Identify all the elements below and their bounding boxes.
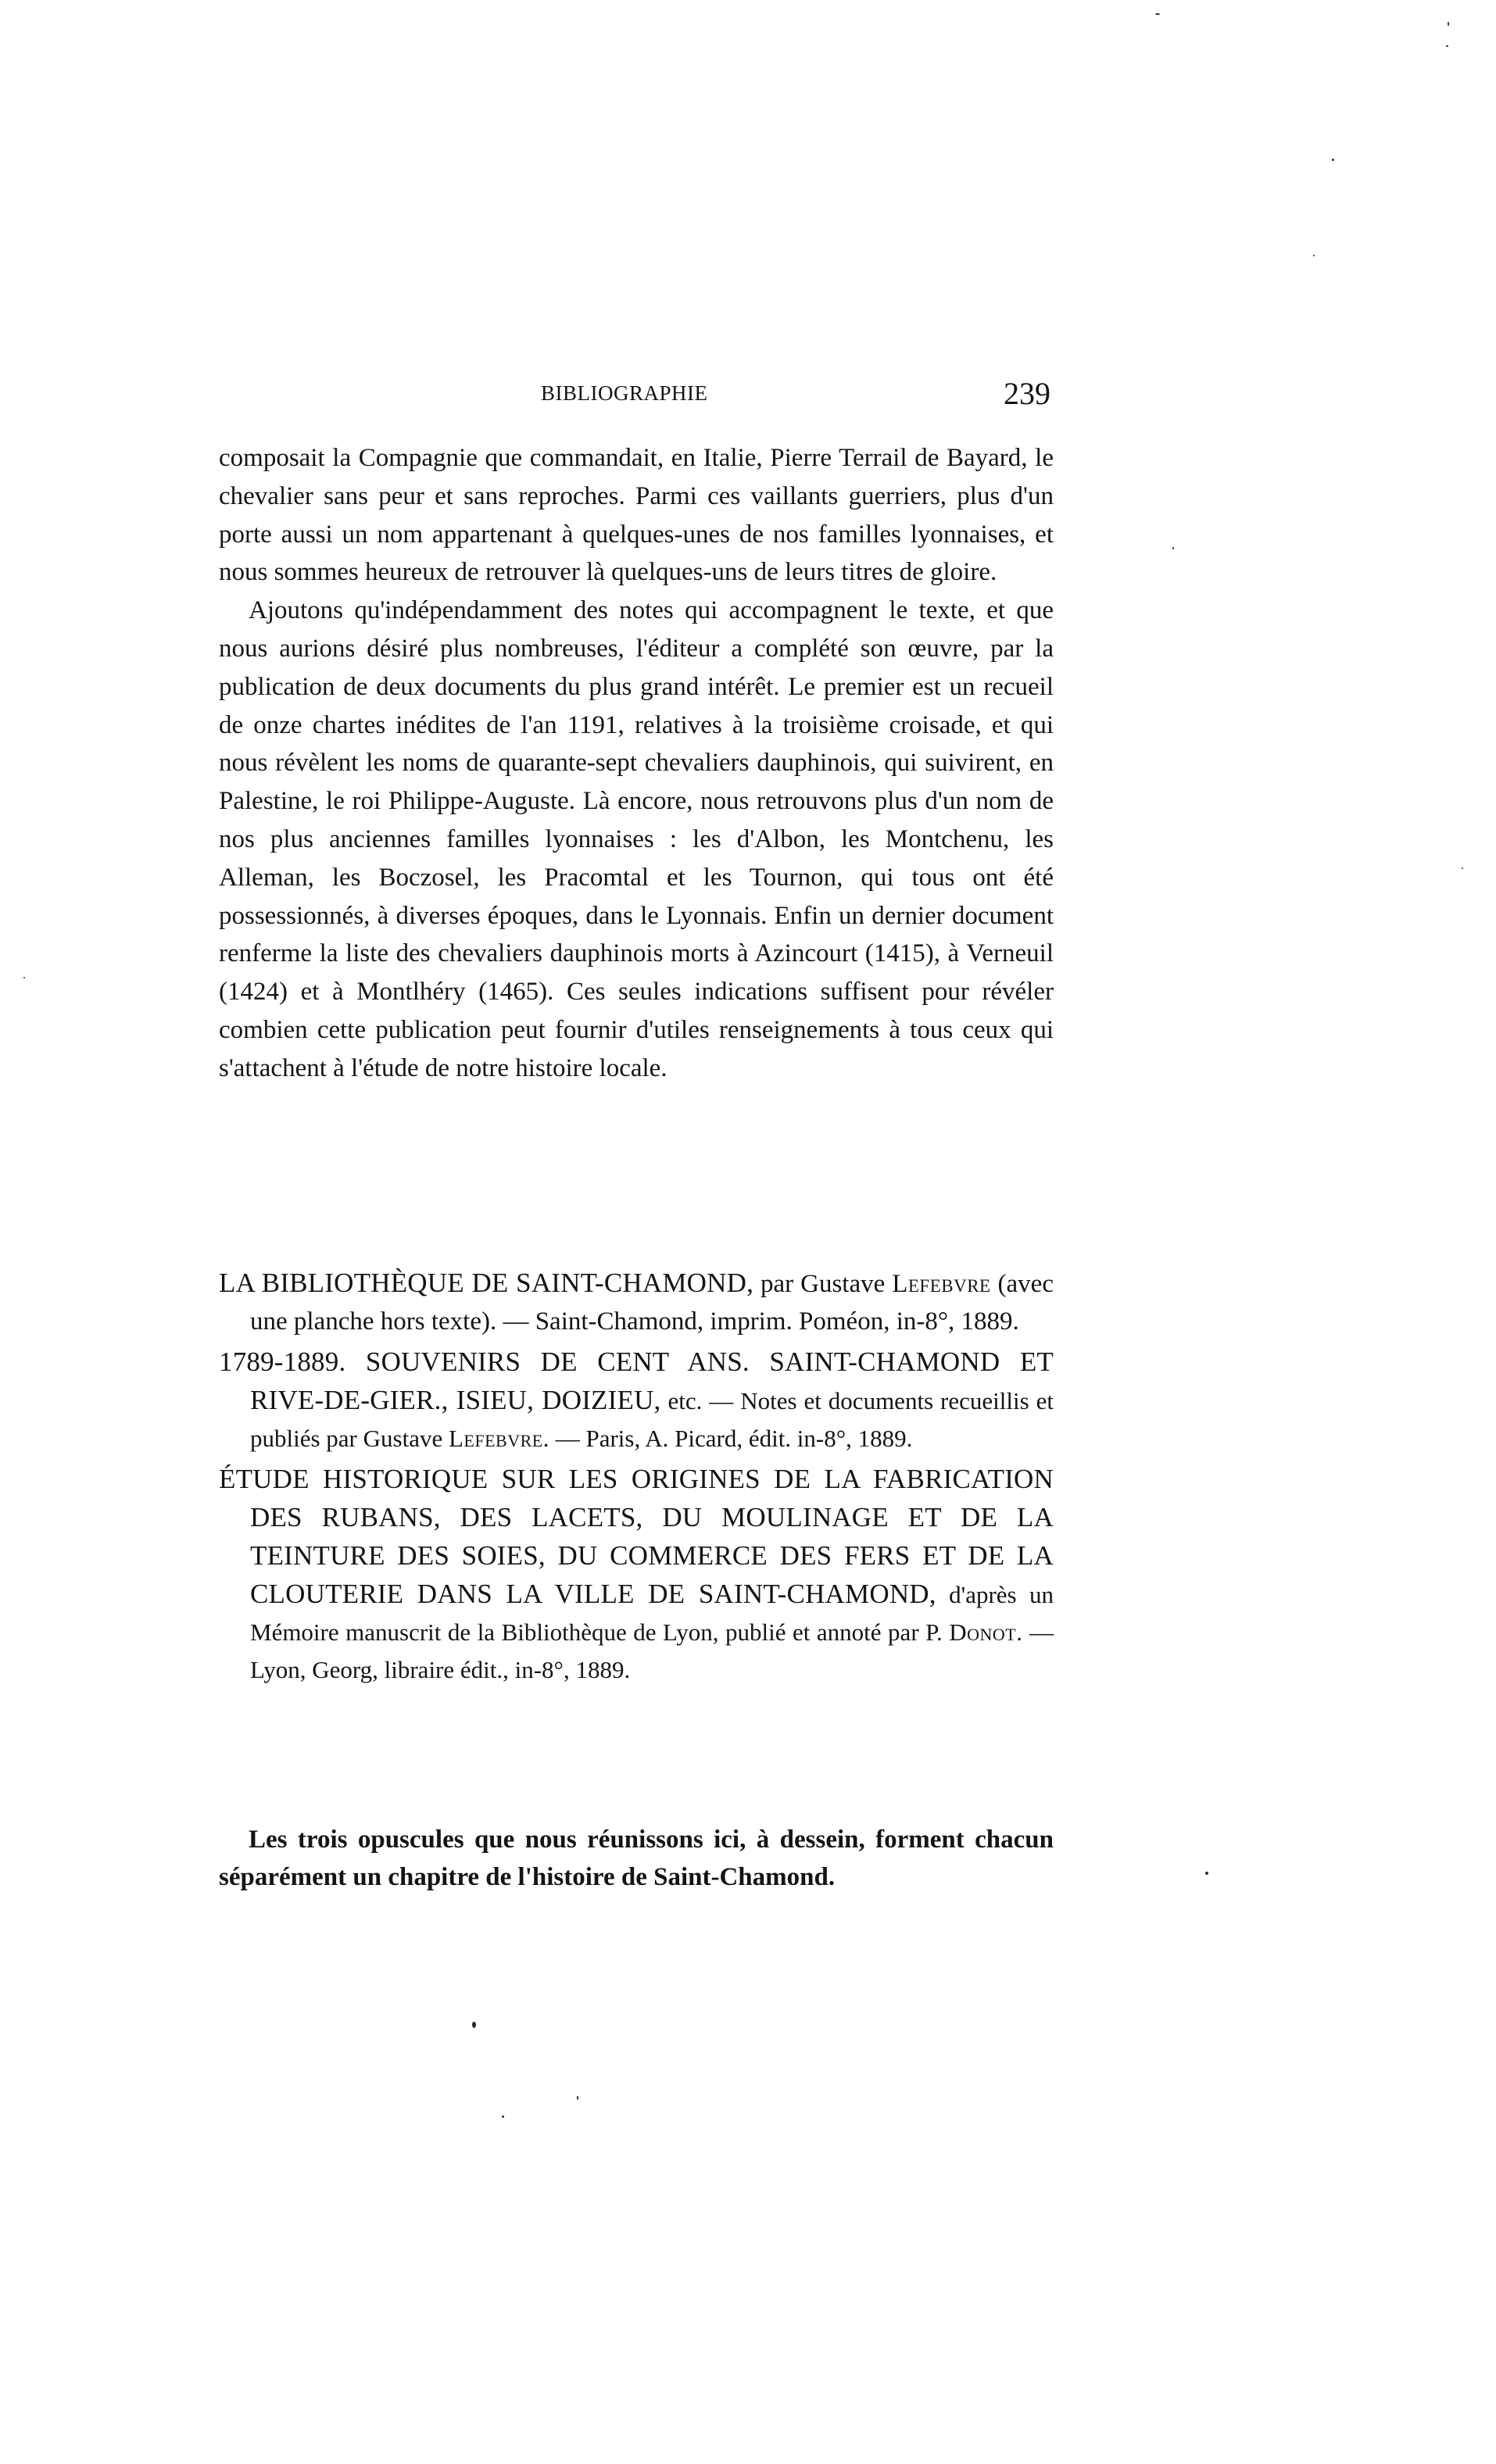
scan-speck (1155, 13, 1160, 15)
scan-speck (1462, 867, 1463, 869)
page-number: 239 (1004, 375, 1050, 412)
scan-speck (472, 2022, 476, 2028)
entry-by: par Gustave (753, 1270, 892, 1298)
scan-speck (23, 977, 25, 978)
scan-speck (1448, 22, 1449, 26)
scan-speck (1205, 1872, 1208, 1875)
paragraph-ajoutons: Ajoutons qu'indépendamment des notes qui… (219, 592, 1054, 1087)
scan-speck (1446, 45, 1448, 47)
entry-author: Lefebvre. (449, 1425, 549, 1452)
scan-speck (1332, 159, 1334, 161)
bibliography-entry: 1789-1889. SOUVENIRS DE CENT ANS. SAINT-… (219, 1343, 1054, 1457)
entry-title: LA BIBLIOTHÈQUE DE SAINT-CHAMOND, (219, 1268, 753, 1298)
bibliography-entry: LA BIBLIOTHÈQUE DE SAINT-CHAMOND, par Gu… (219, 1264, 1054, 1340)
running-title: BIBLIOGRAPHIE (541, 381, 708, 406)
paragraph-continuation: composait la Compagnie que commandait, e… (219, 439, 1054, 592)
book-page: BIBLIOGRAPHIE 239 composait la Compagnie… (0, 0, 1496, 2464)
closing-paragraph: Les trois opuscules que nous réunissons … (219, 1821, 1054, 1896)
scan-speck (577, 2096, 578, 2100)
bibliography-entry: ÉTUDE HISTORIQUE SUR LES ORIGINES DE LA … (219, 1461, 1054, 1689)
entry-details: — Paris, A. Picard, édit. in-8°, 1889. (549, 1425, 912, 1452)
bibliography-entries: LA BIBLIOTHÈQUE DE SAINT-CHAMOND, par Gu… (219, 1264, 1054, 1692)
entry-author: Lefebvre (892, 1270, 990, 1298)
closing-note: Les trois opuscules que nous réunissons … (219, 1821, 1054, 1896)
body-text: composait la Compagnie que commandait, e… (219, 439, 1054, 1088)
entry-title: ÉTUDE HISTORIQUE SUR LES ORIGINES DE LA … (219, 1464, 1054, 1609)
scan-speck (1313, 255, 1315, 256)
scan-speck (502, 2115, 504, 2118)
scan-speck (1172, 547, 1174, 549)
running-head: BIBLIOGRAPHIE 239 (219, 378, 1054, 417)
entry-author: Donot. (949, 1618, 1022, 1646)
